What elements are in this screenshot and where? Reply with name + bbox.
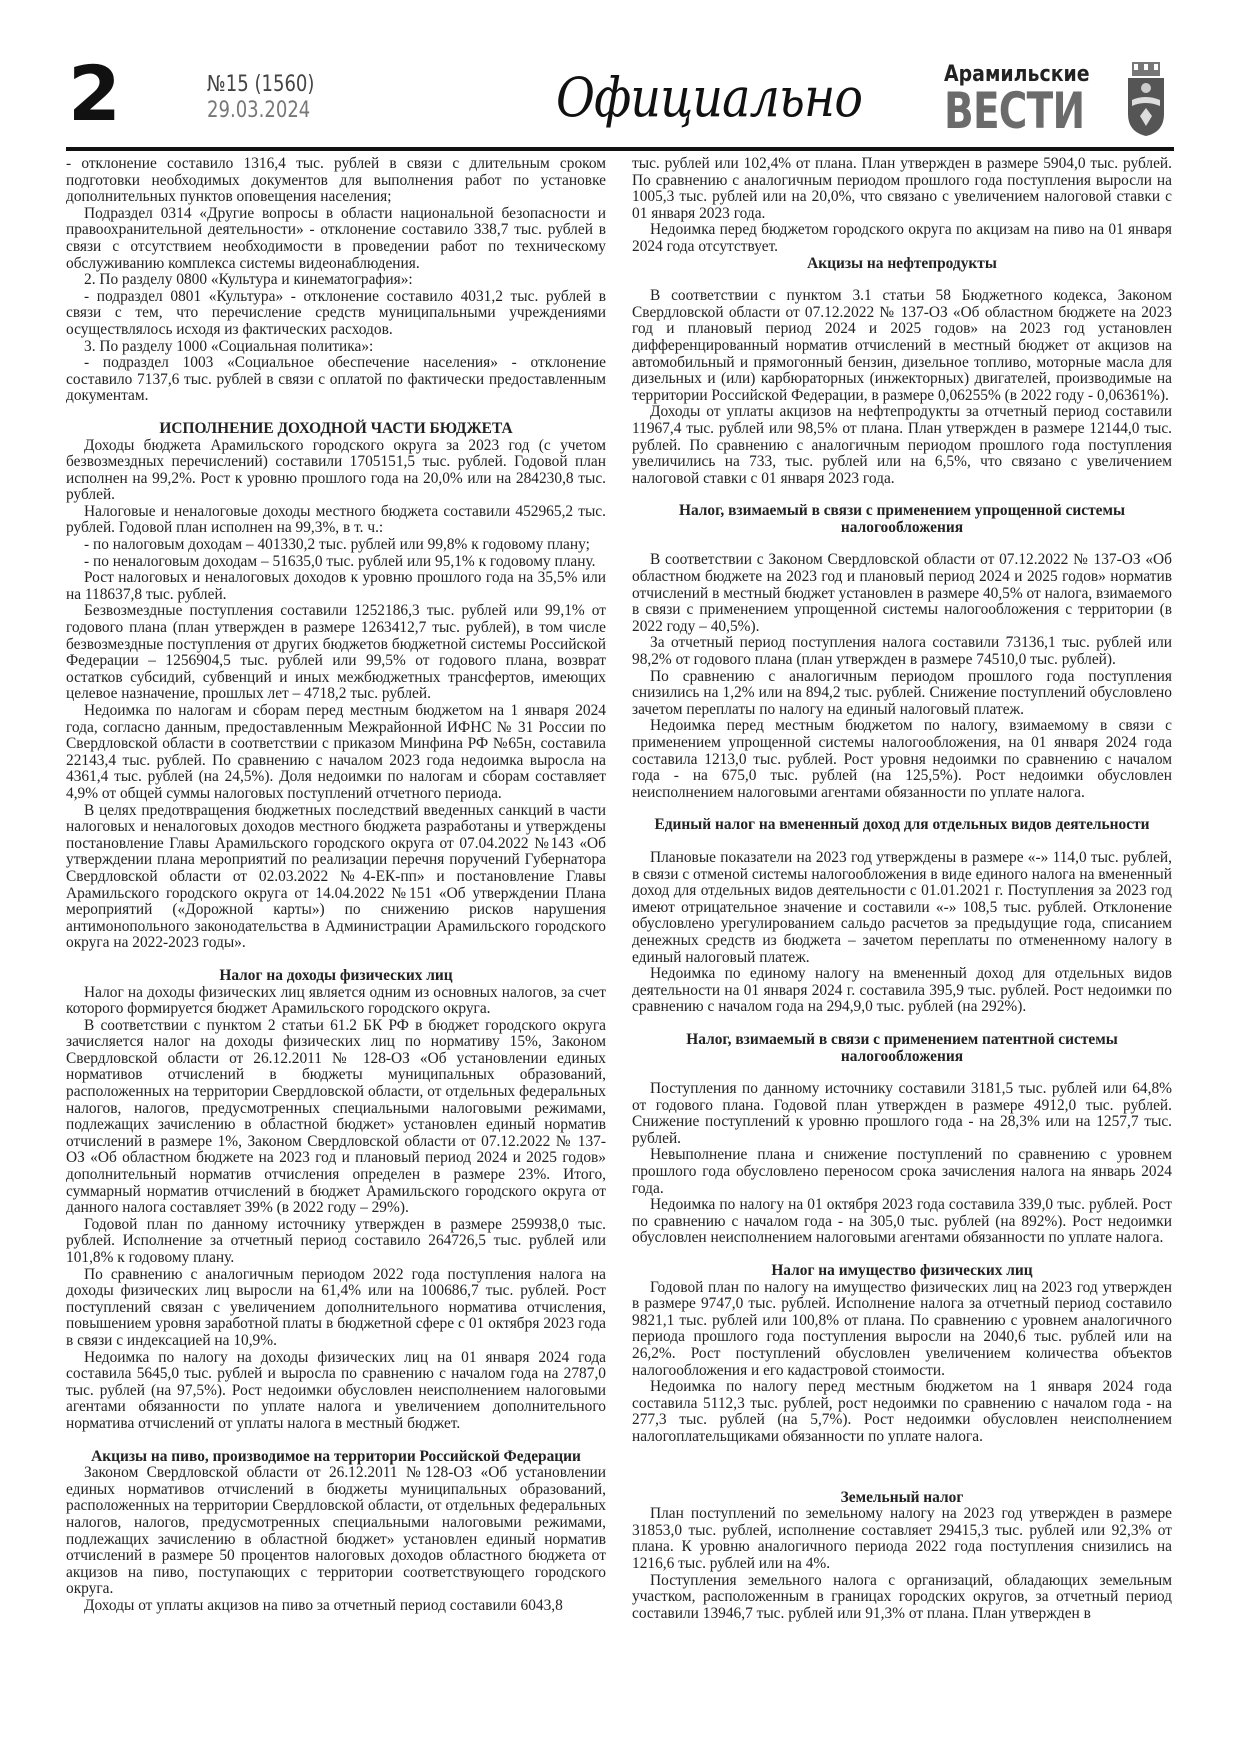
paragraph: Поступления земельного налога с организа… — [632, 1573, 1172, 1623]
section-heading-patent: Налог, взимаемый в связи с применением п… — [632, 1032, 1172, 1065]
paragraph: Подраздел 0314 «Другие вопросы в области… — [66, 206, 606, 272]
section-heading-envd: Единый налог на вмененный доход для отде… — [632, 817, 1172, 834]
paragraph: - по неналоговым доходам – 51635,0 тыс. … — [66, 554, 606, 571]
paragraph: В целях предотвращения бюджетных последс… — [66, 803, 606, 952]
paragraph: В соответствии с Законом Свердловской об… — [632, 552, 1172, 635]
paragraph: - отклонение составило 1316,4 тыс. рубле… — [66, 156, 606, 206]
paragraph: Доходы от уплаты акцизов на пиво за отче… — [66, 1598, 606, 1615]
paragraph: План поступлений по земельному налогу на… — [632, 1506, 1172, 1572]
section-heading-property-tax: Налог на имущество физических лиц — [632, 1263, 1172, 1280]
section-heading-income: ИСПОЛНЕНИЕ ДОХОДНОЙ ЧАСТИ БЮДЖЕТА — [66, 421, 606, 438]
paragraph: 2. По разделу 0800 «Культура и кинематог… — [66, 272, 606, 289]
paragraph: Годовой план по налогу на имущество физи… — [632, 1280, 1172, 1380]
issue-date: 29.03.2024 — [207, 98, 314, 124]
paragraph: Недоимка по налогу на доходы физических … — [66, 1350, 606, 1433]
paragraph: - подраздел 1003 «Социальное обеспечение… — [66, 355, 606, 405]
header-rule — [66, 147, 1174, 151]
paragraph: За отчетный период поступления налога со… — [632, 635, 1172, 668]
page-header: 2 №15 (1560) 29.03.2024 Официально Арами… — [0, 0, 1241, 150]
page-number: 2 — [68, 56, 119, 132]
logo-main-text: ВЕСТИ — [944, 86, 1073, 136]
paragraph: В соответствии с пунктом 2 статьи 61.2 Б… — [66, 1018, 606, 1217]
right-column: тыс. рублей или 102,4% от плана. План ут… — [632, 156, 1172, 1622]
left-column: - отклонение составило 1316,4 тыс. рубле… — [66, 156, 606, 1614]
coat-of-arms-icon — [1124, 60, 1168, 138]
paragraph: Рост налоговых и неналоговых доходов к у… — [66, 570, 606, 603]
section-heading-ndfl: Налог на доходы физических лиц — [66, 968, 606, 985]
paragraph: Доходы от уплаты акцизов на нефтепродукт… — [632, 404, 1172, 487]
paragraph: Налог на доходы физических лиц является … — [66, 985, 606, 1018]
paragraph: Недоимка по налогам и сборам перед местн… — [66, 703, 606, 803]
paragraph: Недоимка перед бюджетом городского округ… — [632, 222, 1172, 255]
paragraph: Поступления по данному источнику состави… — [632, 1081, 1172, 1147]
paragraph: Законом Свердловской области от 26.12.20… — [66, 1465, 606, 1598]
paragraph: Недоимка по единому налогу на вмененный … — [632, 966, 1172, 1016]
paragraph: Недоимка по налогу перед местным бюджето… — [632, 1379, 1172, 1445]
issue-number: №15 (1560) — [207, 72, 314, 98]
paragraph: Налоговые и неналоговые доходы местного … — [66, 504, 606, 537]
paragraph: - подраздел 0801 «Культура» - отклонение… — [66, 289, 606, 339]
paragraph: Годовой план по данному источнику утверж… — [66, 1217, 606, 1267]
section-heading-usn: Налог, взимаемый в связи с применением у… — [632, 503, 1172, 536]
paragraph: Безвозмездные поступления составили 1252… — [66, 603, 606, 703]
paragraph: Невыполнение плана и снижение поступлени… — [632, 1147, 1172, 1197]
section-heading-land-tax: Земельный налог — [632, 1490, 1172, 1507]
paragraph: - по налоговым доходам – 401330,2 тыс. р… — [66, 537, 606, 554]
paragraph: Недоимка перед местным бюджетом по налог… — [632, 718, 1172, 801]
issue-info: №15 (1560) 29.03.2024 — [207, 72, 314, 124]
paragraph: 3. По разделу 1000 «Социальная политика»… — [66, 339, 606, 356]
section-title: Официально — [556, 66, 862, 129]
paragraph: По сравнению с аналогичным периодом прош… — [632, 669, 1172, 719]
section-heading-beer-excise: Акцизы на пиво, производимое на территор… — [66, 1449, 606, 1466]
paragraph: В соответствии с пунктом 3.1 статьи 58 Б… — [632, 288, 1172, 404]
paragraph: тыс. рублей или 102,4% от плана. План ут… — [632, 156, 1172, 222]
section-heading-oil-excise: Акцизы на нефтепродукты — [632, 256, 1172, 273]
paragraph: Плановые показатели на 2023 год утвержде… — [632, 850, 1172, 966]
paragraph: По сравнению с аналогичным периодом 2022… — [66, 1267, 606, 1350]
newspaper-logo: Арамильские ВЕСТИ — [944, 64, 1110, 136]
paragraph: Доходы бюджета Арамильского городского о… — [66, 438, 606, 504]
paragraph: Недоимка по налогу на 01 октября 2023 го… — [632, 1197, 1172, 1247]
